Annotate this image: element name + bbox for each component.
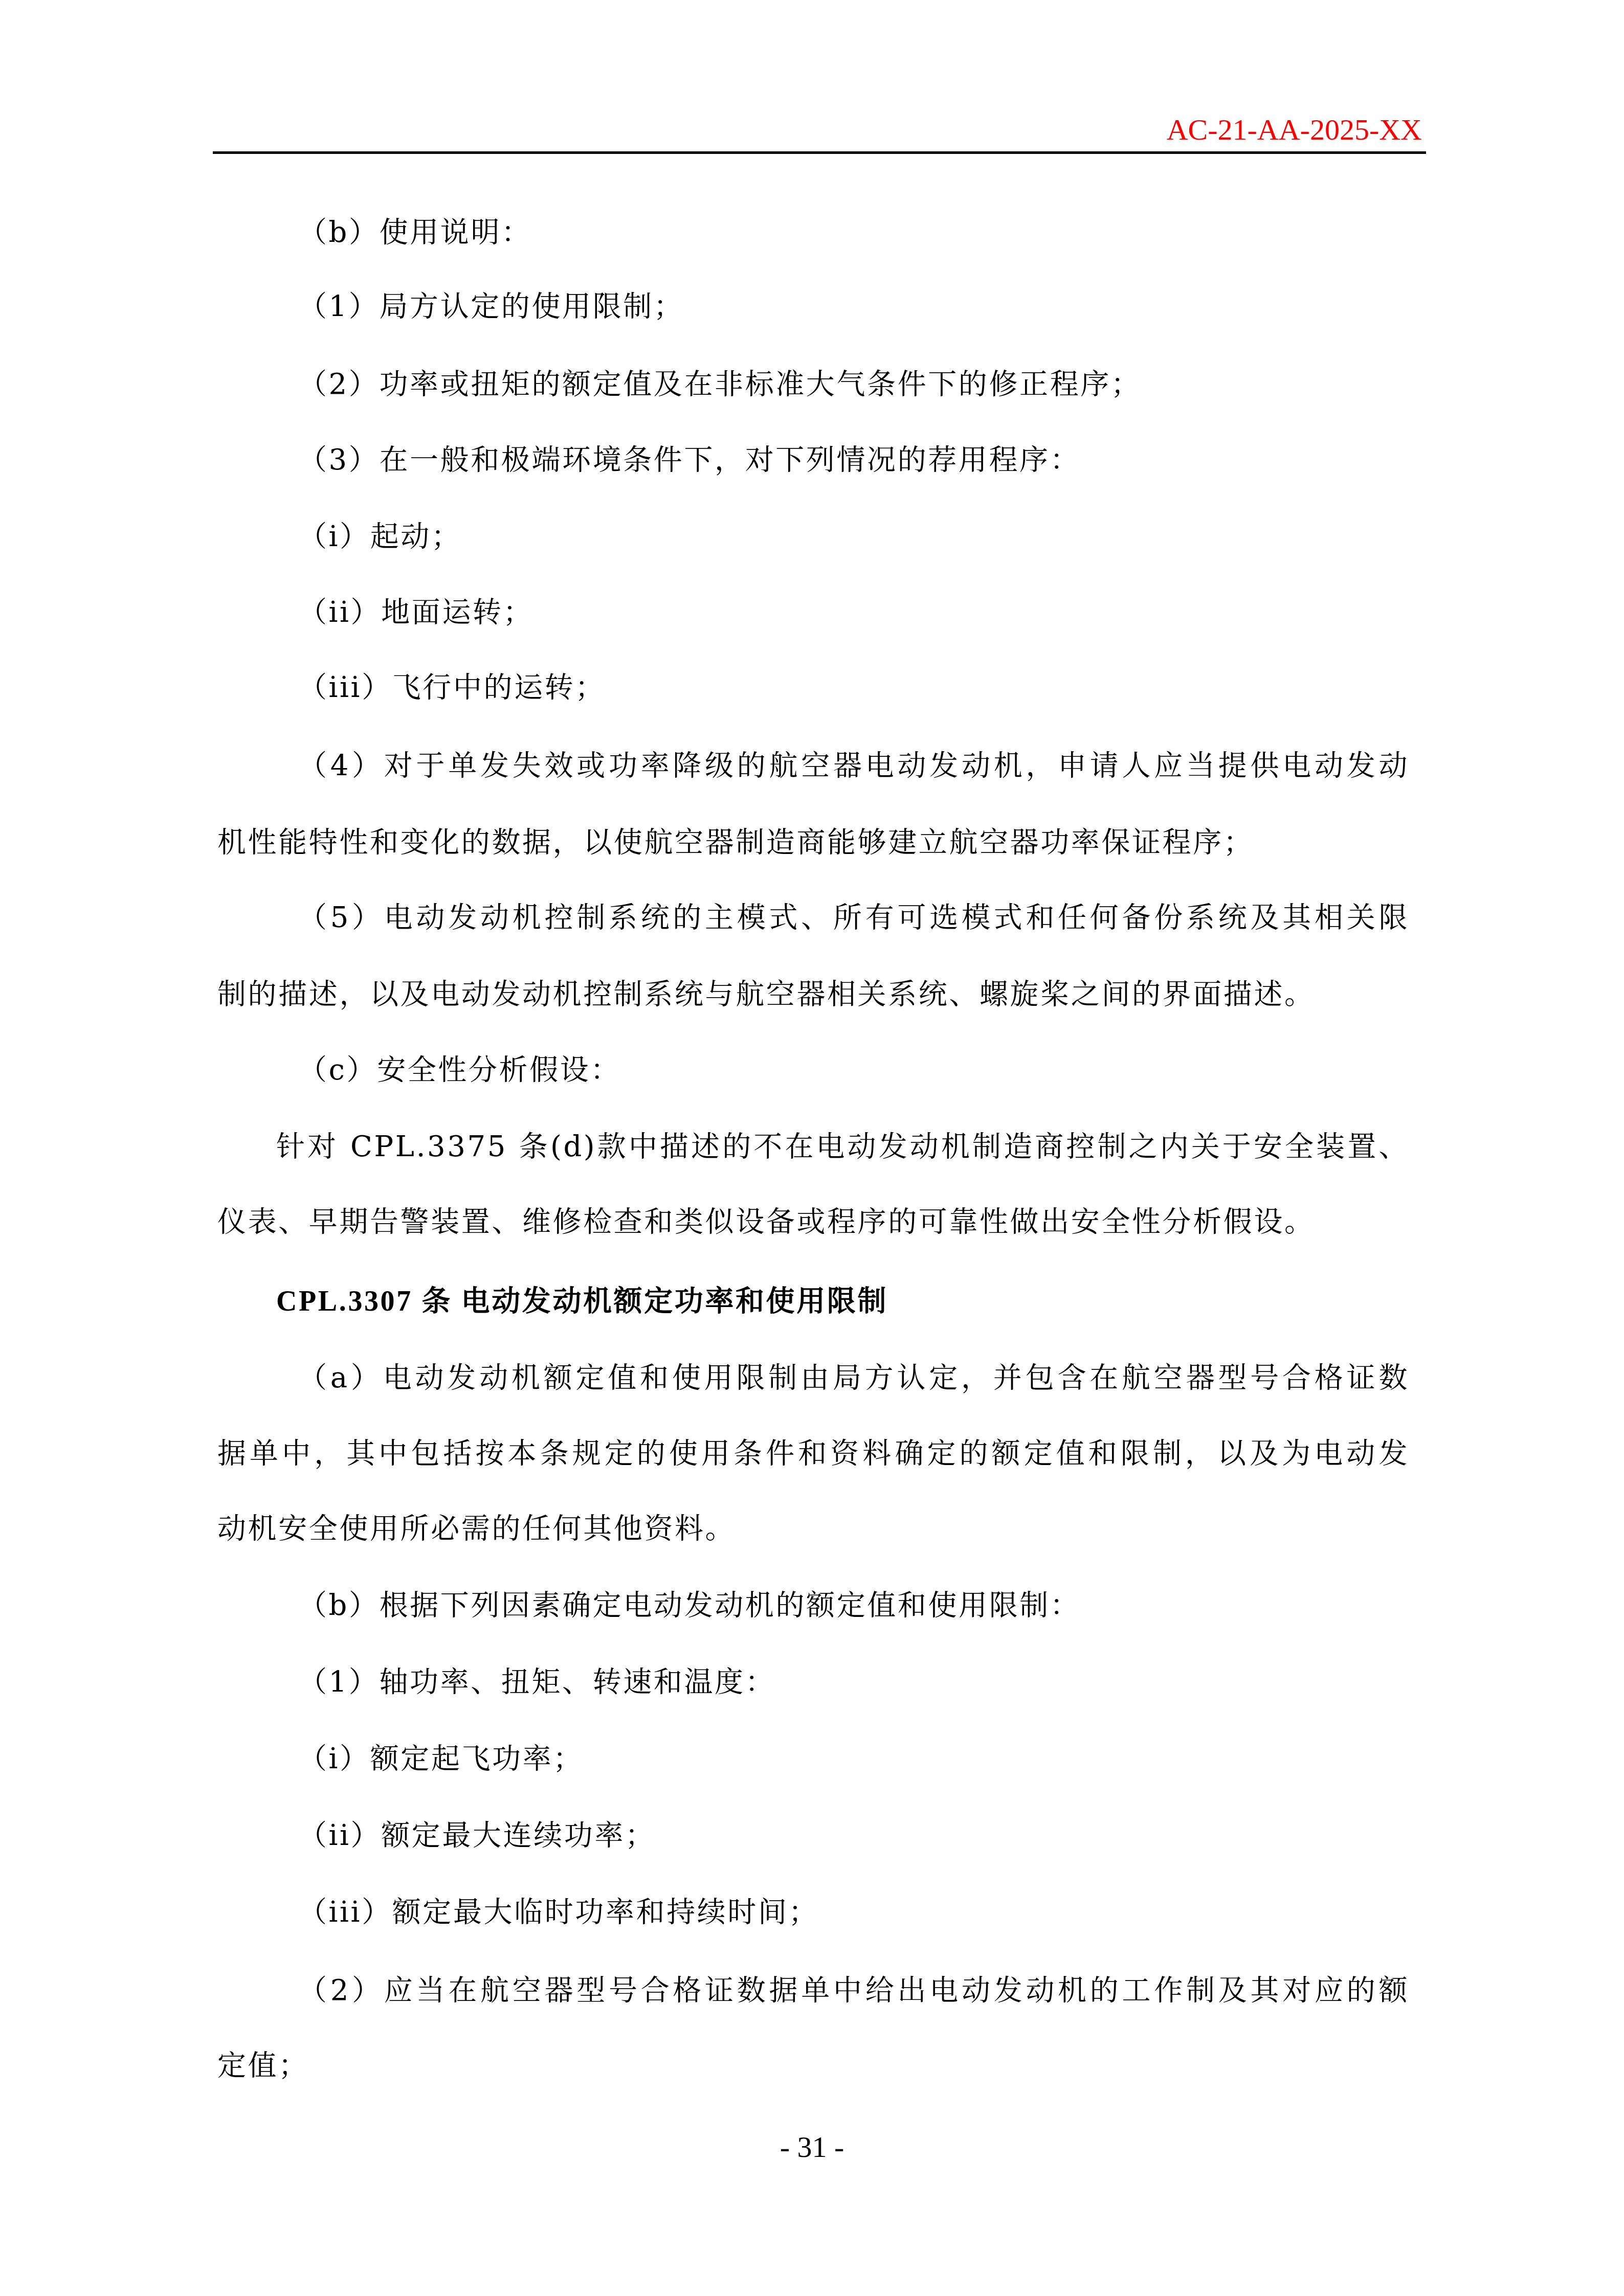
list-item: （1）局方认定的使用限制； — [298, 290, 1490, 323]
paragraph-line: （4）对于单发失效或功率降级的航空器电动发动机，申请人应当提供电动发动 — [298, 750, 1409, 782]
list-item: （i）额定起飞功率； — [298, 1743, 1490, 1775]
paragraph-line: 制的描述，以及电动发动机控制系统与航空器相关系统、螺旋桨之间的界面描述。 — [217, 978, 1409, 1011]
list-item: （3）在一般和极端环境条件下，对下列情况的荐用程序： — [298, 444, 1490, 477]
header-divider — [213, 151, 1426, 154]
list-item: （b）根据下列因素确定电动发动机的额定值和使用限制： — [298, 1589, 1490, 1622]
list-item: （iii）额定最大临时功率和持续时间； — [298, 1896, 1490, 1929]
list-item: （ii）地面运转； — [298, 596, 1490, 629]
list-item: （1）轴功率、扭矩、转速和温度： — [298, 1666, 1490, 1699]
page-number: - 31 - — [0, 2132, 1624, 2162]
paragraph-line: 动机安全使用所必需的任何其他资料。 — [217, 1513, 1409, 1545]
paragraph-line: 针对 CPL.3375 条(d)款中描述的不在电动发动机制造商控制之内关于安全装… — [276, 1131, 1409, 1163]
paragraph-line: （a）电动发动机额定值和使用限制由局方认定，并包含在航空器型号合格证数 — [298, 1362, 1409, 1394]
list-item: （2）功率或扭矩的额定值及在非标准大气条件下的修正程序； — [298, 368, 1490, 401]
paragraph-line: 定值； — [217, 2050, 1409, 2082]
list-item: （i）起动； — [298, 521, 1490, 553]
paragraph-line: 据单中，其中包括按本条规定的使用条件和资料确定的额定值和限制，以及为电动发 — [217, 1437, 1409, 1470]
item-b-usage-instructions: （b）使用说明： — [298, 216, 1490, 249]
document-code: AC-21-AA-2025-XX — [1167, 115, 1422, 145]
list-item: （ii）额定最大连续功率； — [298, 1819, 1490, 1852]
paragraph-line: （5）电动发动机控制系统的主模式、所有可选模式和任何备份系统及其相关限 — [298, 902, 1409, 934]
item-c-safety-analysis: （c）安全性分析假设： — [298, 1054, 1490, 1087]
list-item: （iii）飞行中的运转； — [298, 671, 1490, 704]
section-heading: CPL.3307 条 电动发动机额定功率和使用限制 — [276, 1285, 1468, 1318]
paragraph-line: （2）应当在航空器型号合格证数据单中给出电动发动机的工作制及其对应的额 — [298, 1974, 1409, 2007]
paragraph-line: 仪表、早期告警装置、维修检查和类似设备或程序的可靠性做出安全性分析假设。 — [217, 1206, 1409, 1239]
paragraph-line: 机性能特性和变化的数据，以使航空器制造商能够建立航空器功率保证程序； — [217, 826, 1409, 859]
